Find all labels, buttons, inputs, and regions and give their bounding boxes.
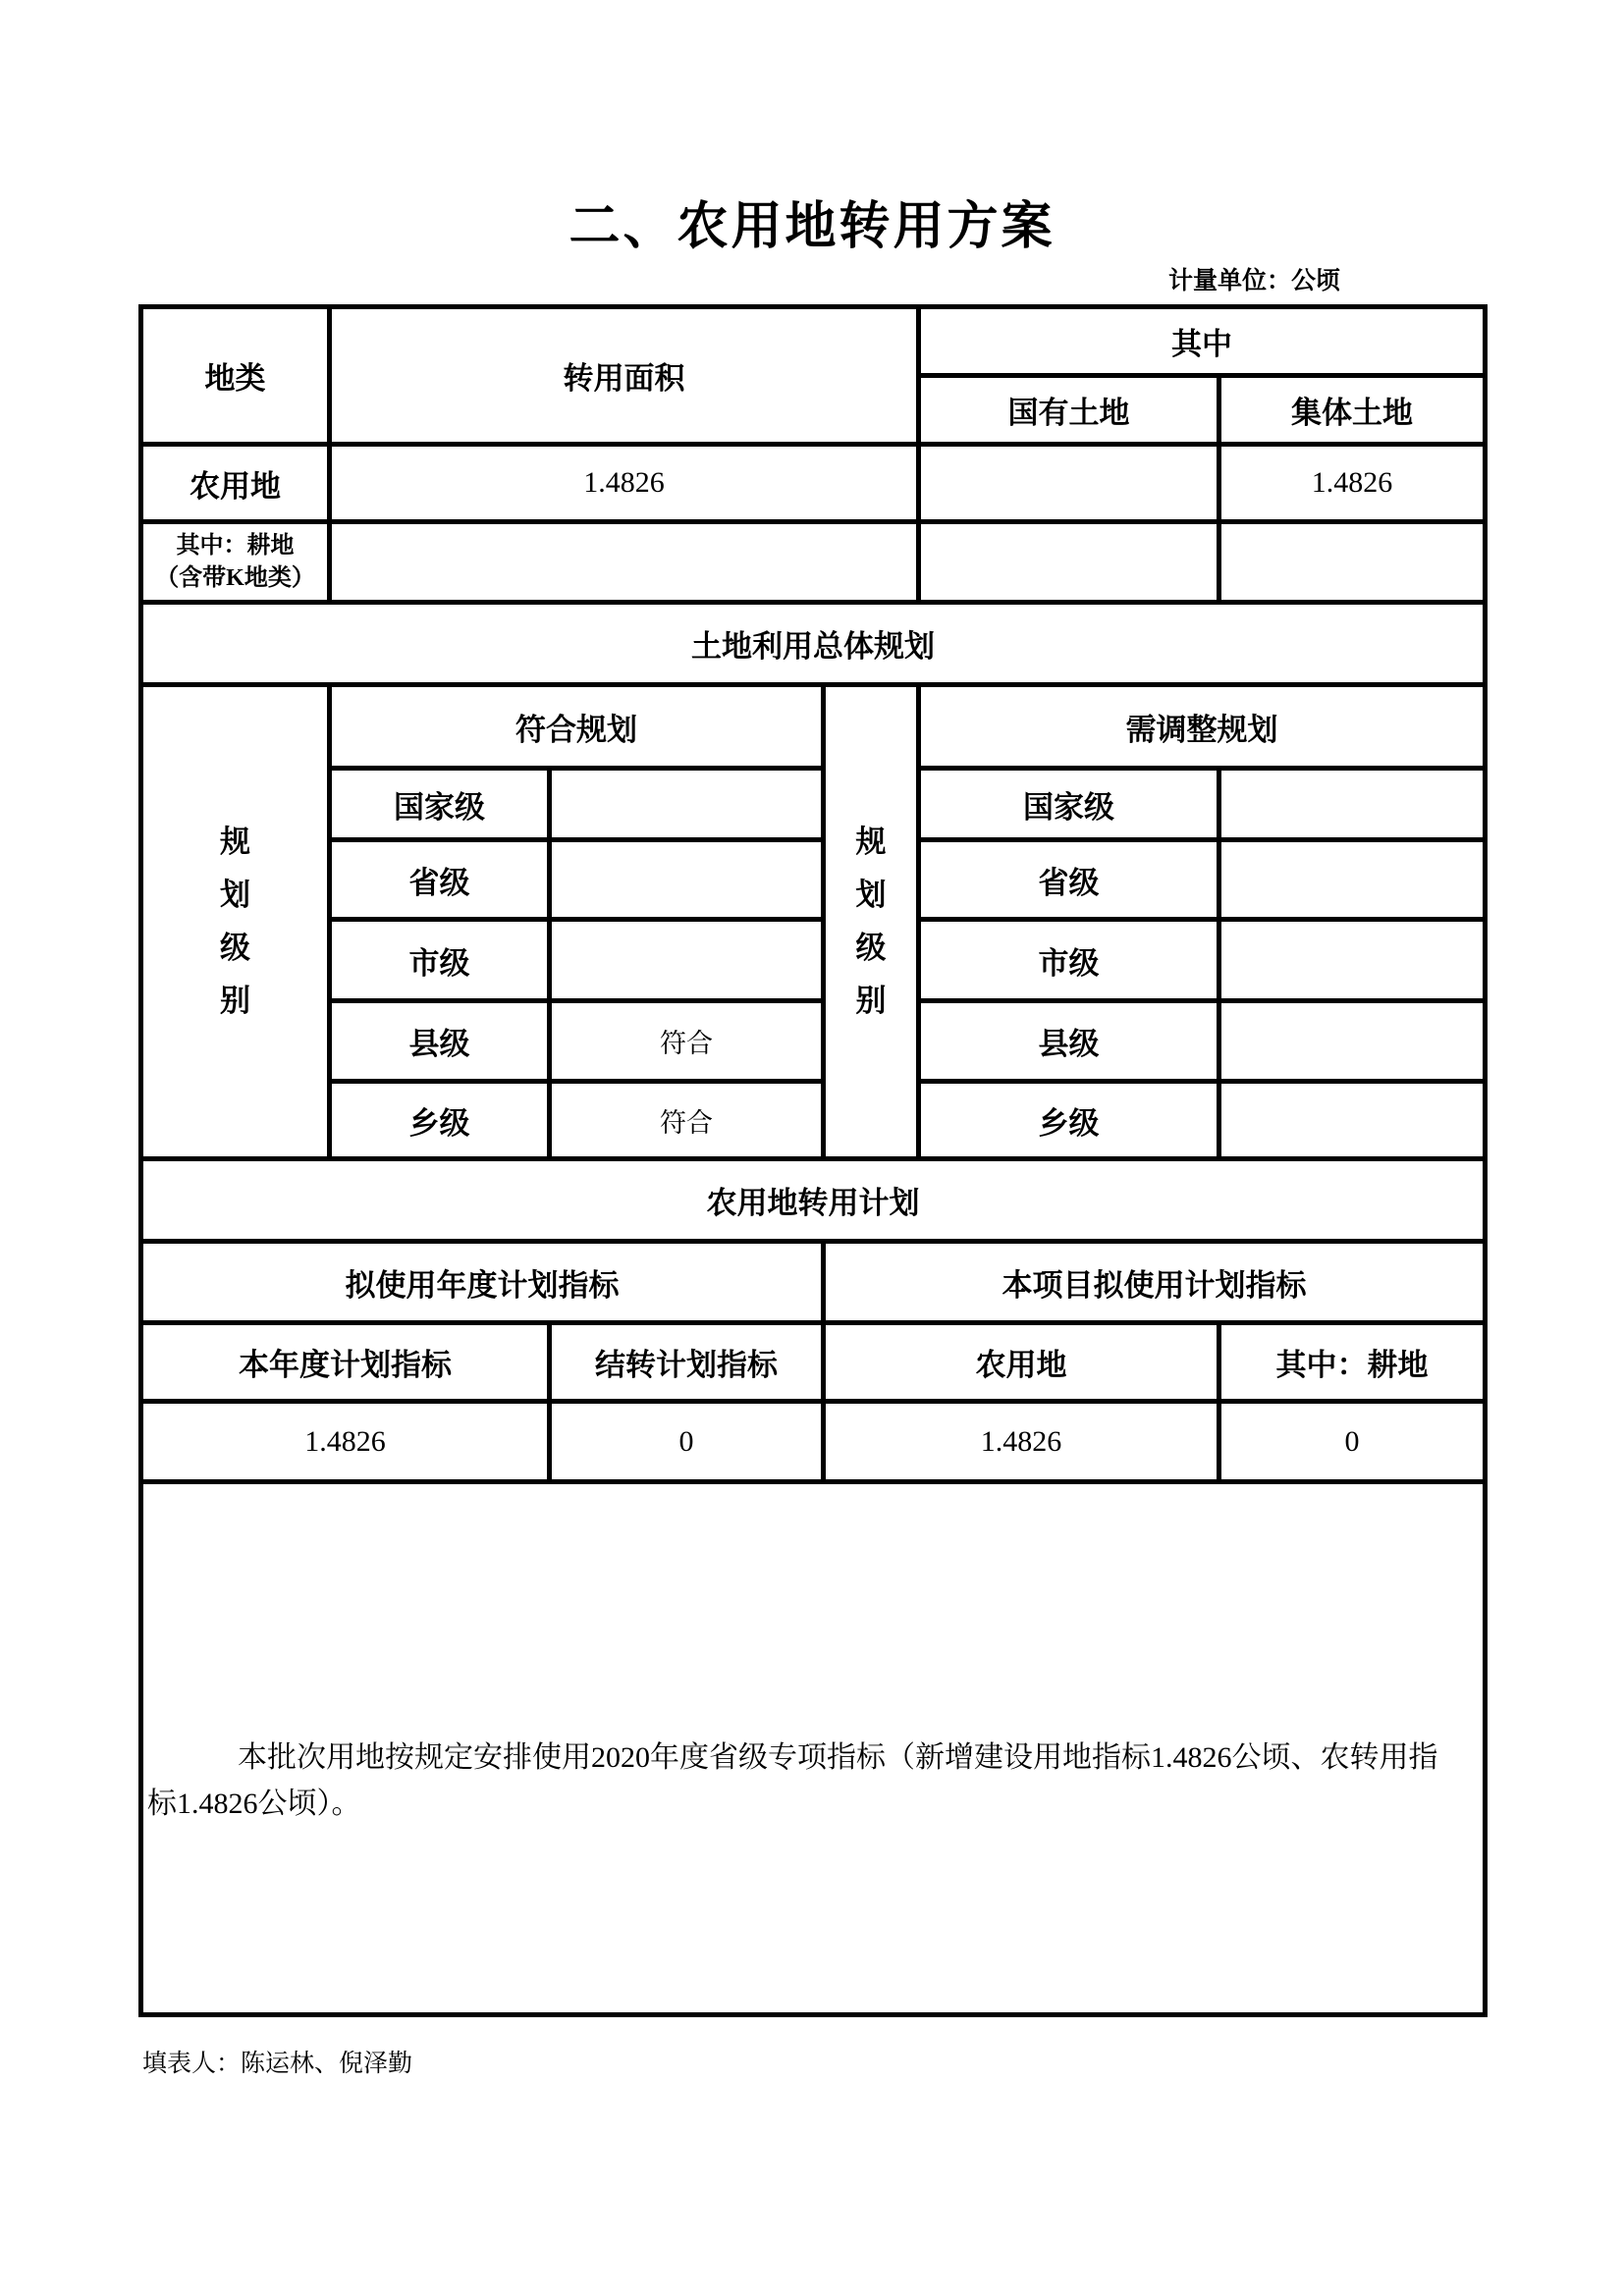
cultivated-land-area-value [332,524,921,605]
plan-left-value-township: 符合 [552,1084,826,1161]
header-land-type: 地类 [143,309,332,447]
plan-section-title: 土地利用总体规划 [143,605,1483,687]
quota-banner-section: 农用地转用计划 [143,1161,1483,1244]
plan-left-label-national: 国家级 [332,771,552,842]
unit-of-measure-note: 计量单位：公顷 [1168,261,1340,296]
plan-right-label-provincial: 省级 [921,842,1221,922]
plan-left-value-provincial [552,842,826,922]
conforms-plan-header: 符合规划 [332,687,826,771]
page-title: 二、农用地转用方案 [0,185,1624,258]
agricultural-land-area-value: 1.4826 [332,447,921,524]
plan-right-label-county: 县级 [921,1003,1221,1084]
form-filler-note: 填表人：陈运林、倪泽勤 [142,2044,412,2079]
document-page: 二、农用地转用方案 计量单位：公顷 地类 转用面积 其中 国有土地 集体土地 农… [0,0,1624,2296]
cultivated-label-line2: （含带K地类） [155,562,315,595]
value-current-year-quota: 1.4826 [143,1404,552,1484]
plan-right-value-national [1221,771,1483,842]
planning-level-section: 规划级别 符合规划 规划级别 需调整规划 国家级 国家级 省级 省级 市级 市级… [143,687,1483,1161]
quota-section: 拟使用年度计划指标 本项目拟使用计划指标 本年度计划指标 结转计划指标 农用地 … [143,1244,1483,1484]
plan-banner-section: 土地利用总体规划 [143,605,1483,687]
plan-left-value-municipal [552,922,826,1003]
remark-section: 本批次用地按规定安排使用2020年度省级专项指标（新增建设用地指标1.4826公… [143,1484,1483,2012]
header-current-year-quota: 本年度计划指标 [143,1325,552,1404]
plan-right-value-county [1221,1003,1483,1084]
quota-section-title: 农用地转用计划 [143,1161,1483,1244]
header-state-owned-land: 国有土地 [921,378,1221,447]
remark-text: 本批次用地按规定安排使用2020年度省级专项指标（新增建设用地指标1.4826公… [143,1484,1483,2012]
annual-quota-group-header: 拟使用年度计划指标 [143,1244,826,1325]
plan-right-value-provincial [1221,842,1483,922]
land-area-section: 地类 转用面积 其中 国有土地 集体土地 农用地 1.4826 1.4826 其… [143,309,1483,605]
plan-right-value-township [1221,1084,1483,1161]
cultivated-label-line1: 其中：耕地 [177,530,295,562]
plan-left-value-county: 符合 [552,1003,826,1084]
planning-level-axis-right-text: 规划级别 [853,816,889,1028]
plan-right-value-municipal [1221,922,1483,1003]
plan-left-label-township: 乡级 [332,1084,552,1161]
value-carryover-quota: 0 [552,1404,826,1484]
value-agricultural-land-quota: 1.4826 [826,1404,1221,1484]
row-agricultural-land-label: 农用地 [143,447,332,524]
land-conversion-table: 地类 转用面积 其中 国有土地 集体土地 农用地 1.4826 1.4826 其… [138,304,1488,2017]
agricultural-land-collective-value: 1.4826 [1221,447,1483,524]
plan-right-label-national: 国家级 [921,771,1221,842]
plan-right-label-municipal: 市级 [921,922,1221,1003]
plan-right-label-township: 乡级 [921,1084,1221,1161]
header-carryover-quota: 结转计划指标 [552,1325,826,1404]
needs-adjustment-header: 需调整规划 [921,687,1483,771]
cultivated-land-state-value [921,524,1221,605]
plan-left-label-municipal: 市级 [332,922,552,1003]
row-cultivated-land-label: 其中：耕地 （含带K地类） [143,524,332,605]
header-collective-land: 集体土地 [1221,378,1483,447]
agricultural-land-state-value [921,447,1221,524]
header-conversion-area: 转用面积 [332,309,921,447]
plan-left-label-county: 县级 [332,1003,552,1084]
plan-left-value-national [552,771,826,842]
plan-left-label-provincial: 省级 [332,842,552,922]
planning-level-axis-left-text: 规划级别 [218,816,253,1028]
header-of-which: 其中 [921,309,1483,378]
header-cultivated-land-quota: 其中：耕地 [1221,1325,1483,1404]
header-agricultural-land-quota: 农用地 [826,1325,1221,1404]
project-quota-group-header: 本项目拟使用计划指标 [826,1244,1483,1325]
planning-level-axis-left: 规划级别 [143,687,332,1161]
planning-level-axis-right: 规划级别 [826,687,921,1161]
cultivated-land-collective-value [1221,524,1483,605]
value-cultivated-land-quota: 0 [1221,1404,1483,1484]
